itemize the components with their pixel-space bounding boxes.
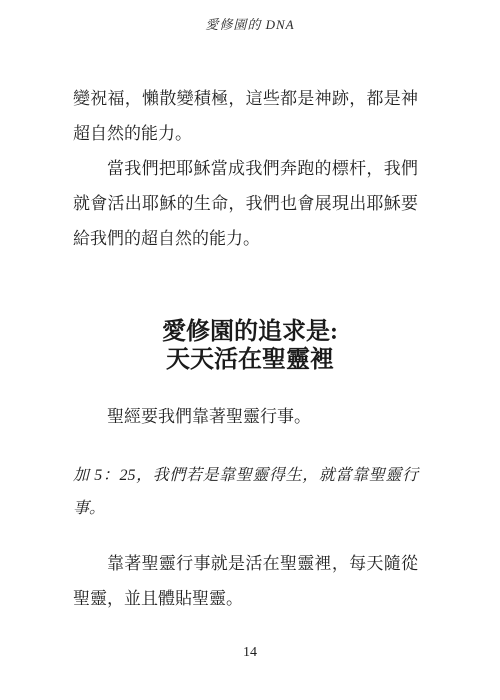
section-heading-line-2: 天天活在聖靈裡 [0, 346, 500, 374]
paragraph-walk: 靠著聖靈行事就是活在聖靈裡，每天隨從聖靈，並且體貼聖靈。 [73, 546, 418, 616]
page-number: 14 [0, 645, 500, 661]
paragraph-continuation: 變祝福，懶散變積極，這些都是神跡，都是神超自然的能力。 [73, 81, 418, 151]
body-text-block: 變祝福，懶散變積極，這些都是神跡，都是神超自然的能力。 當我們把耶穌當成我們奔跑… [73, 81, 418, 256]
section-heading-line-1: 愛修園的追求是: [0, 318, 500, 346]
book-page: 愛修園的 DNA 變祝福，懶散變積極，這些都是神跡，都是神超自然的能力。 當我們… [0, 0, 500, 700]
paragraph-bible: 聖經要我們靠著聖靈行事。 [73, 399, 418, 434]
section-heading: 愛修園的追求是: 天天活在聖靈裡 [0, 318, 500, 374]
running-header: 愛修園的 DNA [0, 14, 500, 33]
paragraph-jesus-goal: 當我們把耶穌當成我們奔跑的標杆，我們就會活出耶穌的生命，我們也會展現出耶穌要給我… [73, 151, 418, 256]
scripture-quote: 加 5：25，我們若是靠聖靈得生，就當靠聖靈行事。 [73, 459, 418, 525]
